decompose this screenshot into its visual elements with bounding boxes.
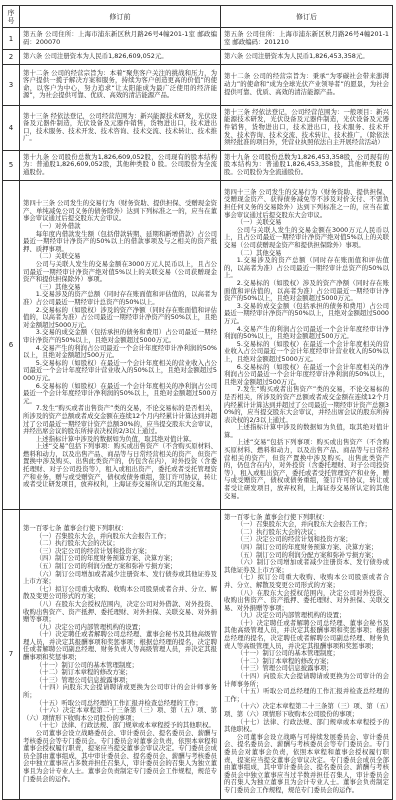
paragraph: 3.交易的成交金额（包括承担的债务和费用）占公司最近一期经审计净资产的50%以上… xyxy=(224,303,389,326)
paragraph: 第五条 公司住所：上海市浦东新区秋月路26号4幢201-1室 邮政编码：2000… xyxy=(23,31,217,46)
paragraph: 6.交易标的（如股权）在最近一个会计年度相关的净利润占公司最近一个会计年度经审计… xyxy=(23,383,217,406)
cell-after-article-43: 第四十三条 公司发生的交易行为（财务资助、提供担保、受赠现金资产、获得债务减免等… xyxy=(220,181,392,509)
cell-after-article-107: 第一百零七条 董事会行使下列职权：（一）召集股东大会，并向股东大会报告工作；（二… xyxy=(220,510,392,799)
paragraph: 6.交易标的（如股权）在最近一个会计年度相关的净利润占公司最近一个会计年度经审计… xyxy=(224,364,389,387)
paragraph: 第五条 公司住所：上海市浦东新区秋月路26号4幢201-1室 邮政编码：2012… xyxy=(224,31,389,46)
cell-before-article-107: 第一百零七条 董事会行使下列职权：（一）召集股东大会，并向股东大会报告工作；（二… xyxy=(19,510,220,799)
scanned-document-page: { "page": { "background": "#ffffff", "bo… xyxy=(0,0,396,800)
paragraph: （十）决定聘任或者解聘公司总经理、董事会秘书及其他高级管理人员，并决定其报酬事项… xyxy=(23,631,217,661)
paragraph: （十六）决定本章程第二十三条第（三）项、第（五）项、第（六）项情形下收购本公司股… xyxy=(224,703,389,718)
table-row-3: 3 第十二条 公司的经营宗旨为：本着“聚焦客户关注的挑战和压力，为客户提供一揽子… xyxy=(3,64,392,105)
paragraph: 第四十三条 公司发生的交易行为（财务资助、提供担保、受赠现金资产、获得债务减免等… xyxy=(224,189,389,219)
cell-before-article-12: 第十二条 公司的经营宗旨为：本着“聚焦客户关注的挑战和压力，为客户提供一揽子解决… xyxy=(19,65,220,105)
paragraph: 第六条 公司注册资本为人民币1,826,453,358元。 xyxy=(224,53,389,61)
cell-before-article-6: 第六条 公司注册资本为人民币1,826,609,052元。 xyxy=(19,50,220,64)
cell-after-article-5: 第五条 公司住所：上海市浦东新区秋月路26号4幢201-1室 邮政编码：2012… xyxy=(220,28,392,49)
paragraph: （十七）法律、行政法规、部门规章或本章程授予的其他职权。 xyxy=(224,719,389,734)
table-row-2: 2 第六条 公司注册资本为人民币1,826,609,052元。 第六条 公司注册… xyxy=(3,49,392,64)
paragraph: 5.交易标的（如股权）在最近一个会计年度相关的营业收入占公司最近一个会计年度经审… xyxy=(224,341,389,364)
paragraph: 1.交易涉及的资产总额（同时存在账面值和评估值的，以高者为准）占公司最近一期经审… xyxy=(224,257,389,280)
paragraph: 1.交易涉及的资产总额（同时存在账面值和评估值的，以高者为准）占公司最近一期经审… xyxy=(23,291,217,306)
paragraph: 第十二条 公司的经营宗旨为：本着“聚焦客户关注的挑战和压力，为客户提供一揽子解决… xyxy=(23,70,217,100)
paragraph: 第十三条 经依法登记，公司经营范围为：一般项目：新兴能源技术研发，光伏设备及元器… xyxy=(224,109,389,147)
col-header-before: 修订前 xyxy=(19,6,220,27)
paragraph: （七）拟订公司重大收购、收购本公司股票或者合并、分立、解散及变更公司形式的方案； xyxy=(224,574,389,589)
cell-after-article-19: 第十九条 公司股份总数为1,826,453,358股，公司现有的股本结构为：普通… xyxy=(220,151,392,180)
paragraph: 4.交易产生的利润占公司最近一个会计年度经审计净利润的50%以上，且绝对金额超过… xyxy=(23,345,217,360)
col-header-no: 序 号 xyxy=(3,6,19,27)
paragraph: 4.交易产生的利润占公司最近一个会计年度经审计净利润的50%以上，且绝对金额超过… xyxy=(224,326,389,341)
paragraph: （八）在股东大会授权范围内，决定公司对外借款、对外投资、收购出售资产、资产抵押、… xyxy=(23,601,217,624)
revision-comparison-table: 序 号 修订前 修订后 1 第五条 公司住所：上海市浦东新区秋月路26号4幢20… xyxy=(2,5,393,800)
cell-after-article-12: 第十二条 公司的经营宗旨为：秉承“为零碳社会带来澎湃动力”的使命和“成为全球光伏… xyxy=(220,65,392,105)
paragraph: 第六条 公司注册资本为人民币1,826,609,052元。 xyxy=(23,53,217,61)
paragraph: 公司与关联人发生的交易金额在3000万元人民币以上，且占公司最近一期经审计净资产… xyxy=(224,227,389,250)
cell-before-article-19: 第十九条 公司股份总数为1,826,609,052股，公司现有的股本结构为：普通… xyxy=(19,151,220,180)
paragraph: （六）制订公司增加或者减少注册资本、发行债券或其他证券及上市方案； xyxy=(23,571,217,586)
paragraph: 5.交易标的（如股权）在最近一个会计年度相关的营业收入占公司最近一个会计年度经审… xyxy=(23,360,217,383)
paragraph: 第十三条 经依法登记，公司经营范围为：新兴能源技术研发，光伏设备及元器件制造，光… xyxy=(23,113,217,143)
cell-before-article-43: 第四十三条 公司发生的交易行为（财务资助、提供担保、受赠现金资产、单纯减免公司义… xyxy=(19,181,220,509)
paragraph: 上述“交易”包括下列事项：购买或出售资产（不含购买原材料、燃料和动力，以及出售产… xyxy=(23,443,217,489)
paragraph: 7.发生“购买或者出售资产”类的交易，不论交易标的是否相关，所涉及的资产总额或者… xyxy=(224,386,389,424)
table-row-5: 5 第十九条 公司股份总数为1,826,609,052股，公司现有的股本结构为：… xyxy=(3,150,392,180)
paragraph: （十四）向股东大会提请聘请或更换为公司审计的会计师事务所； xyxy=(224,673,389,688)
paragraph: （七）拟订公司重大收购、收购本公司股票或者合并、分立、解散及变更公司形式的方案； xyxy=(23,586,217,601)
paragraph: 上述“交易”包括下列事项：购买或出售资产（不含购买原材料、燃料和动力，以及出售产… xyxy=(224,439,389,500)
table-row-4: 4 第十三条 经依法登记，公司经营范围为：新兴能源技术研发，光伏设备及元器件制造… xyxy=(3,105,392,150)
cell-after-article-13: 第十三条 经依法登记，公司经营范围为：一般项目：新兴能源技术研发，光伏设备及元器… xyxy=(220,106,392,150)
paragraph: 2.交易标的（如股权）涉及的资产净额（同时存在账面值和评估值的，以高者为准）占公… xyxy=(224,280,389,303)
cell-after-article-6: 第六条 公司注册资本为人民币1,826,453,358元。 xyxy=(220,50,392,64)
paragraph: 第十九条 公司股份总数为1,826,453,358股，公司现有的股本结构为：普通… xyxy=(224,154,389,177)
paragraph: 每年度内借款发生额（包括借款转期、延期和新增借款）占公司最近一期经审计净资产的5… xyxy=(23,231,217,254)
cell-before-article-5: 第五条 公司住所：上海市浦东新区秋月路26号4幢201-1室 邮政编码：2000… xyxy=(19,28,220,49)
paragraph: 第十二条 公司的经营宗旨为：秉承“为零碳社会带来澎湃动力”的使命和“成为全球光伏… xyxy=(224,73,389,96)
paragraph: 公司董事会设立战略委员会、审计委员会、提名委员会、薪酬与考核委员会等专门委员会。… xyxy=(23,730,217,783)
row-number: 7 xyxy=(3,510,19,799)
paragraph: （十四）向股东大会提请聘请或更换为公司审计的会计师事务所； xyxy=(23,684,217,699)
paragraph: 第四十三条 公司发生的交易行为（财务资助、提供担保、受赠现金资产、单纯减免公司义… xyxy=(23,200,217,223)
paragraph: 公司与关联人发生的交易金额在3000万元人民币以上，且占公司最近一期经审计净资产… xyxy=(23,261,217,284)
row-number: 6 xyxy=(3,181,19,509)
paragraph: 3.交易的成交金额（包括承担的债务和费用）占公司最近一期经审计净资产的50%以上… xyxy=(23,329,217,344)
row-number: 1 xyxy=(3,28,19,49)
row-number: 4 xyxy=(3,106,19,150)
row-number: 5 xyxy=(3,151,19,180)
paragraph: 公司董事会设立战略与可持续发展委员会、审计委员会、提名委员会、薪酬与考核委员会等… xyxy=(224,734,389,795)
table-row-1: 1 第五条 公司住所：上海市浦东新区秋月路26号4幢201-1室 邮政编码：20… xyxy=(3,27,392,49)
paragraph: 2.交易标的（如股权）涉及的资产净额（同时存在账面值和评估值的，以高者为准）占公… xyxy=(23,307,217,330)
paragraph: 7.发生“购买或者出售资产”类的交易，不论交易标的是否相关，所涉及的资产总额或者… xyxy=(23,405,217,435)
table-row-6: 6 第四十三条 公司发生的交易行为（财务资助、提供担保、受赠现金资产、单纯减免公… xyxy=(3,180,392,509)
cell-before-article-13: 第十三条 经依法登记，公司经营范围为：新兴能源技术研发，光伏设备及元器件制造，光… xyxy=(19,106,220,150)
paragraph: （十）决定聘任或者解聘公司总经理、董事会秘书及其他高级管理人员，并决定其报酬事项… xyxy=(224,620,389,650)
row-number: 3 xyxy=(3,65,19,105)
paragraph: 第十九条 公司股份总数为1,826,609,052股，公司现有的股本结构为：普通… xyxy=(23,154,217,177)
paragraph: （八）在股东大会授权范围内，决定公司对外投资、收购出售资产、资产抵押、委托理财、… xyxy=(224,590,389,613)
col-header-after: 修订后 xyxy=(220,6,392,27)
table-row-7: 7 第一百零七条 董事会行使下列职权：（一）召集股东大会，并向股东大会报告工作；… xyxy=(3,509,392,799)
header-row: 序 号 修订前 修订后 xyxy=(3,6,392,27)
row-number: 2 xyxy=(3,50,19,64)
